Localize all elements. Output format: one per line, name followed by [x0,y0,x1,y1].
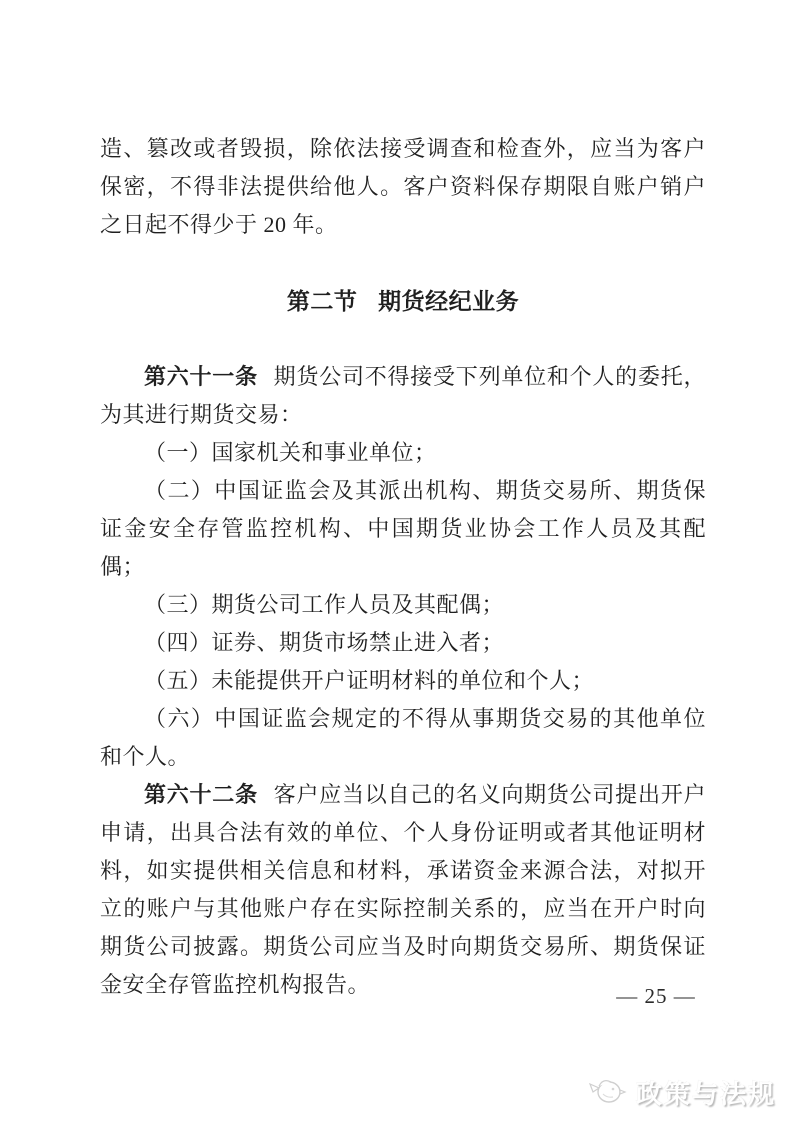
bird-logo-icon [587,1074,629,1111]
document-page: 造、篡改或者毁损，除依法接受调查和检查外，应当为客户保密，不得非法提供给他人。客… [0,0,794,1123]
watermark-label: 政策与法规 [636,1074,776,1111]
article-62-paragraph: 第六十二条客户应当以自己的名义向期货公司提出开户申请，出具合法有效的单位、个人身… [100,776,706,1004]
article-62-text: 客户应当以自己的名义向期货公司提出开户申请，出具合法有效的单位、个人身份证明或者… [100,782,706,997]
paragraph-continuation: 造、篡改或者毁损，除依法接受调查和检查外，应当为客户保密，不得非法提供给他人。客… [100,130,706,244]
page-number: — 25 — [596,984,716,1009]
watermark: 政策与法规 [587,1074,776,1111]
section-number: 第二节 [287,288,358,314]
list-item: （二）中国证监会及其派出机构、期货交易所、期货保证金安全存管监控机构、中国期货业… [100,472,706,586]
article-62-number: 第六十二条 [144,782,258,807]
section-heading: 第二节期货经纪业务 [100,282,706,320]
list-item: （一）国家机关和事业单位； [100,434,706,472]
section-name: 期货经纪业务 [378,288,519,314]
list-item: （六）中国证监会规定的不得从事期货交易的其他单位和个人。 [100,700,706,776]
article-61-paragraph: 第六十一条期货公司不得接受下列单位和个人的委托，为其进行期货交易： [100,358,706,434]
document-body: 造、篡改或者毁损，除依法接受调查和检查外，应当为客户保密，不得非法提供给他人。客… [100,130,706,1004]
article-61-number: 第六十一条 [144,364,258,389]
list-item: （四）证券、期货市场禁止进入者； [100,624,706,662]
list-item: （三）期货公司工作人员及其配偶； [100,586,706,624]
list-item: （五）未能提供开户证明材料的单位和个人； [100,662,706,700]
